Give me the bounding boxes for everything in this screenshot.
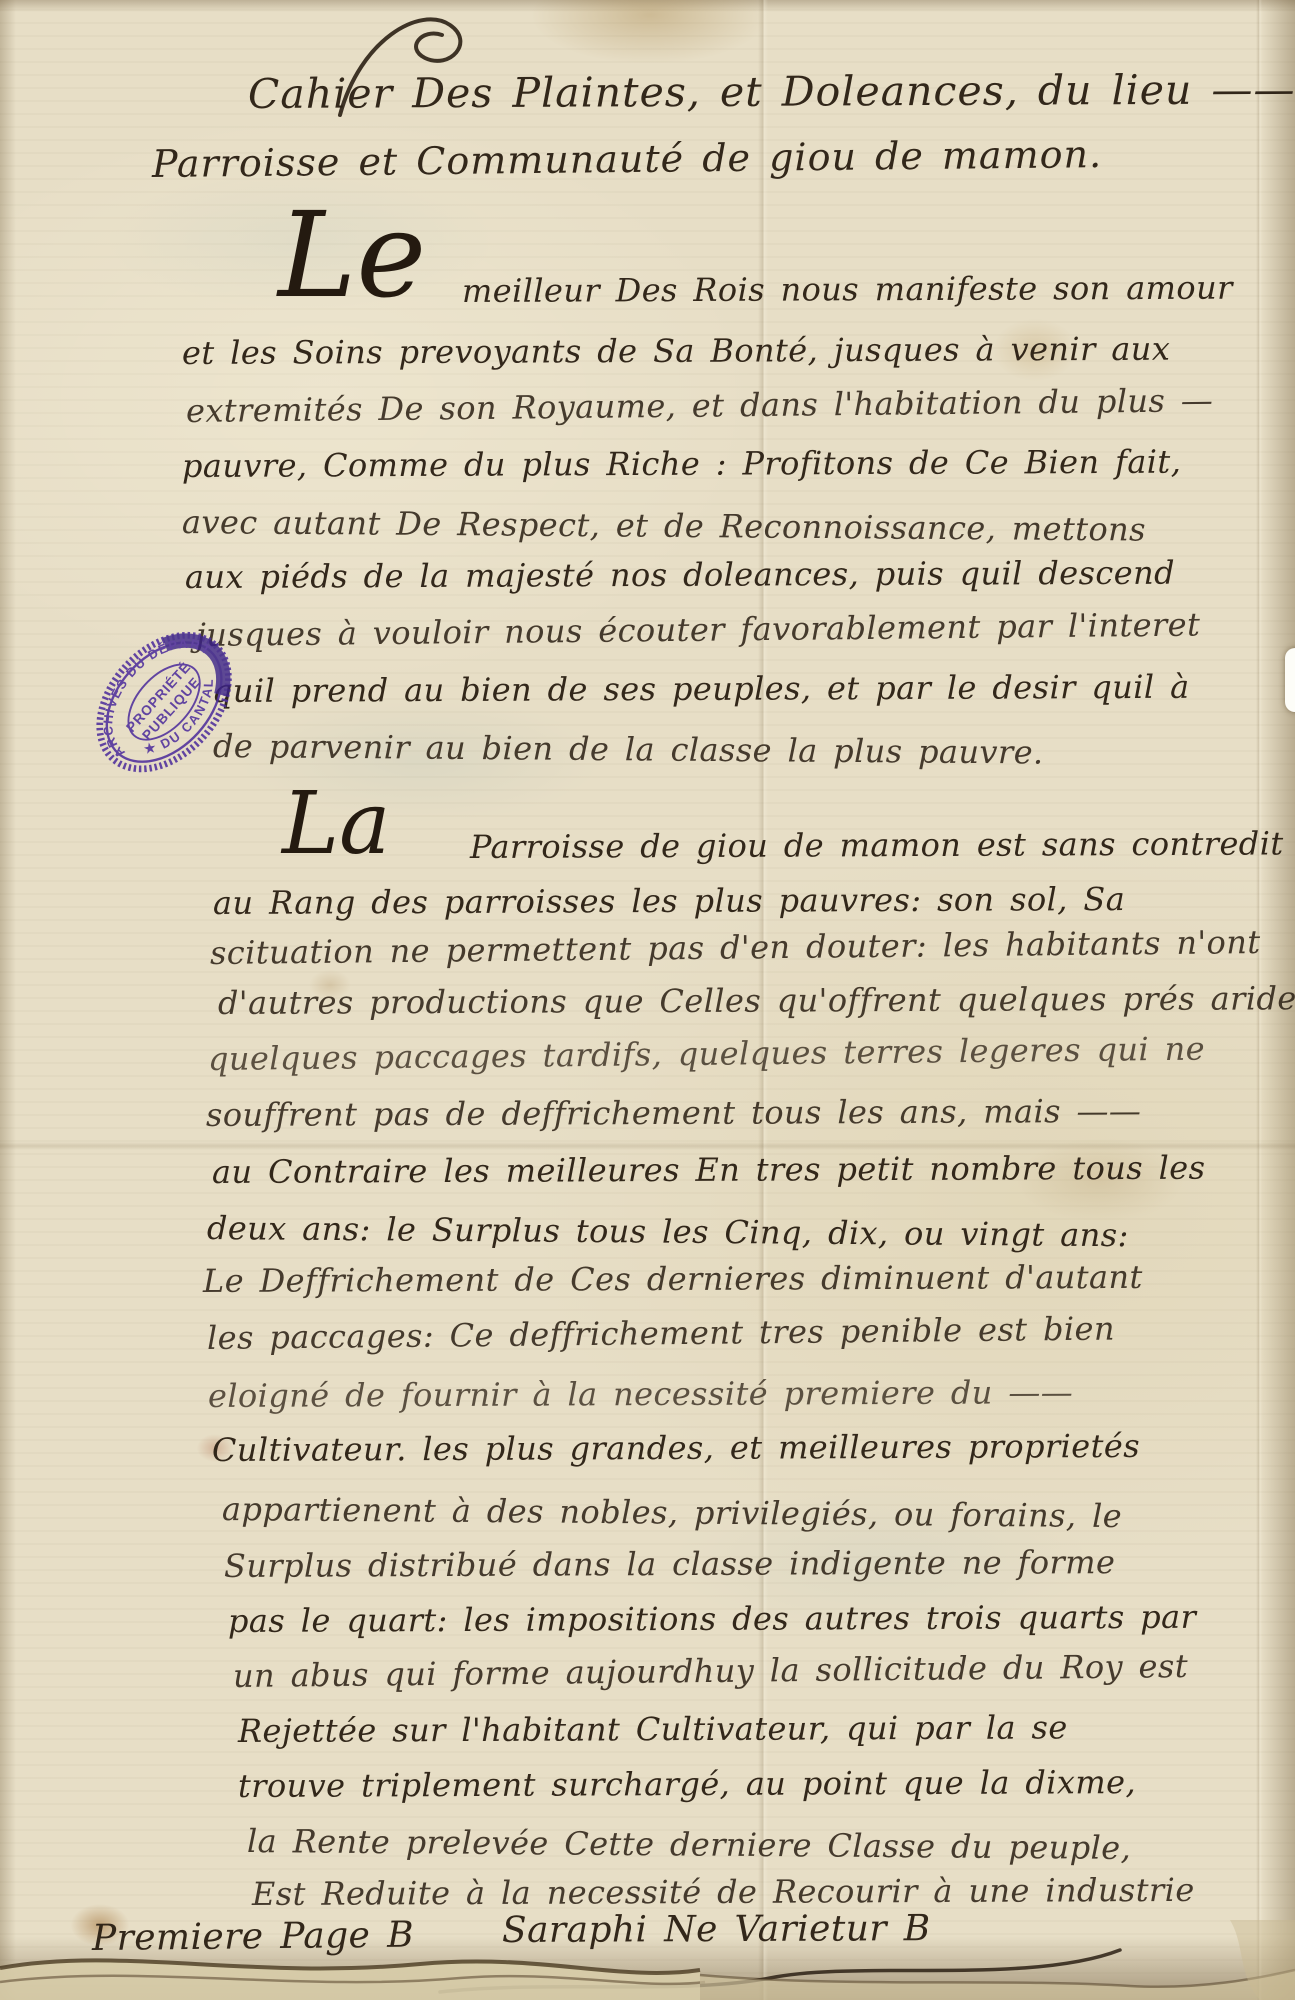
manuscript-line: jusques à vouloir nous écouter favorable… bbox=[196, 605, 1201, 654]
manuscript-line: Surplus distribué dans la classe indigen… bbox=[224, 1543, 1115, 1585]
title-line-1: Cahier Des Plaintes, et Doleances, du li… bbox=[248, 65, 1295, 118]
manuscript-line: les paccages: Ce deffrichement tres peni… bbox=[207, 1309, 1115, 1357]
manuscript-line: meilleur Des Rois nous manifeste son amo… bbox=[462, 269, 1233, 310]
manuscript-line: Parroisse de giou de mamon est sans cont… bbox=[470, 824, 1284, 866]
manuscript-line: pas le quart: les impositions des autres… bbox=[228, 1598, 1196, 1640]
archive-stamp: ARCHIVES DU DÉPART. ★ DU CANTAL PROPRIÉT… bbox=[80, 608, 252, 800]
paragraph2-dropcap: La bbox=[282, 790, 390, 859]
manuscript-line: d'autres productions que Celles qu'offre… bbox=[218, 979, 1295, 1022]
manuscript-line: et les Soins prevoyants de Sa Bonté, jus… bbox=[182, 330, 1170, 372]
manuscript-line: scituation ne permettent pas d'en douter… bbox=[210, 923, 1261, 972]
manuscript-line: aux piéds de la majesté nos doleances, p… bbox=[185, 554, 1175, 596]
manuscript-line: Cultivateur. les plus grandes, et meille… bbox=[212, 1427, 1140, 1469]
page-label: Premiere Page B bbox=[92, 1915, 414, 1959]
manuscript-page: Cahier Des Plaintes, et Doleances, du li… bbox=[0, 0, 1295, 2000]
manuscript-line: Le Deffrichement de Ces dernieres diminu… bbox=[203, 1258, 1143, 1300]
title-line-2: Parroisse et Communauté de giou de mamon… bbox=[152, 132, 1102, 186]
manuscript-line: Rejettée sur l'habitant Cultivateur, qui… bbox=[238, 1708, 1068, 1750]
manuscript-line: quil prend au bien de ses peuples, et pa… bbox=[212, 668, 1190, 710]
manuscript-line: pauvre, Comme du plus Riche : Profitons … bbox=[182, 443, 1181, 485]
manuscript-line: avec autant De Respect, et de Reconnoiss… bbox=[182, 503, 1146, 549]
manuscript-line: extremités De son Royaume, et dans l'hab… bbox=[186, 381, 1214, 430]
manuscript-line: Est Reduite à la necessité de Recourir à… bbox=[252, 1871, 1195, 1913]
manuscript-line: au Rang des parroisses les plus pauvres:… bbox=[213, 880, 1125, 922]
notary-signature: Saraphi Ne Varietur B bbox=[502, 1908, 931, 1951]
manuscript-line: un abus qui forme aujourdhuy la sollicit… bbox=[233, 1647, 1188, 1695]
manuscript-line: souffrent pas de deffrichement tous les … bbox=[206, 1092, 1141, 1134]
paper-edge-notch bbox=[1285, 648, 1295, 712]
manuscript-line: appartienent à des nobles, privilegiés, … bbox=[222, 1490, 1122, 1535]
manuscript-line: deux ans: le Surplus tous les Cinq, dix,… bbox=[207, 1209, 1129, 1254]
manuscript-line: la Rente prelevée Cette derniere Classe … bbox=[247, 1822, 1131, 1867]
manuscript-line: au Contraire les meilleures En tres peti… bbox=[212, 1149, 1206, 1191]
manuscript-line: trouve triplement surchargé, au point qu… bbox=[238, 1763, 1136, 1805]
manuscript-line: quelques paccages tardifs, quelques terr… bbox=[208, 1030, 1205, 1078]
paragraph1-dropcap: Le bbox=[278, 208, 426, 302]
manuscript-line: de parvenir au bien de la classe la plus… bbox=[213, 727, 1044, 772]
manuscript-line: eloigné de fournir à la necessité premie… bbox=[208, 1373, 1073, 1415]
